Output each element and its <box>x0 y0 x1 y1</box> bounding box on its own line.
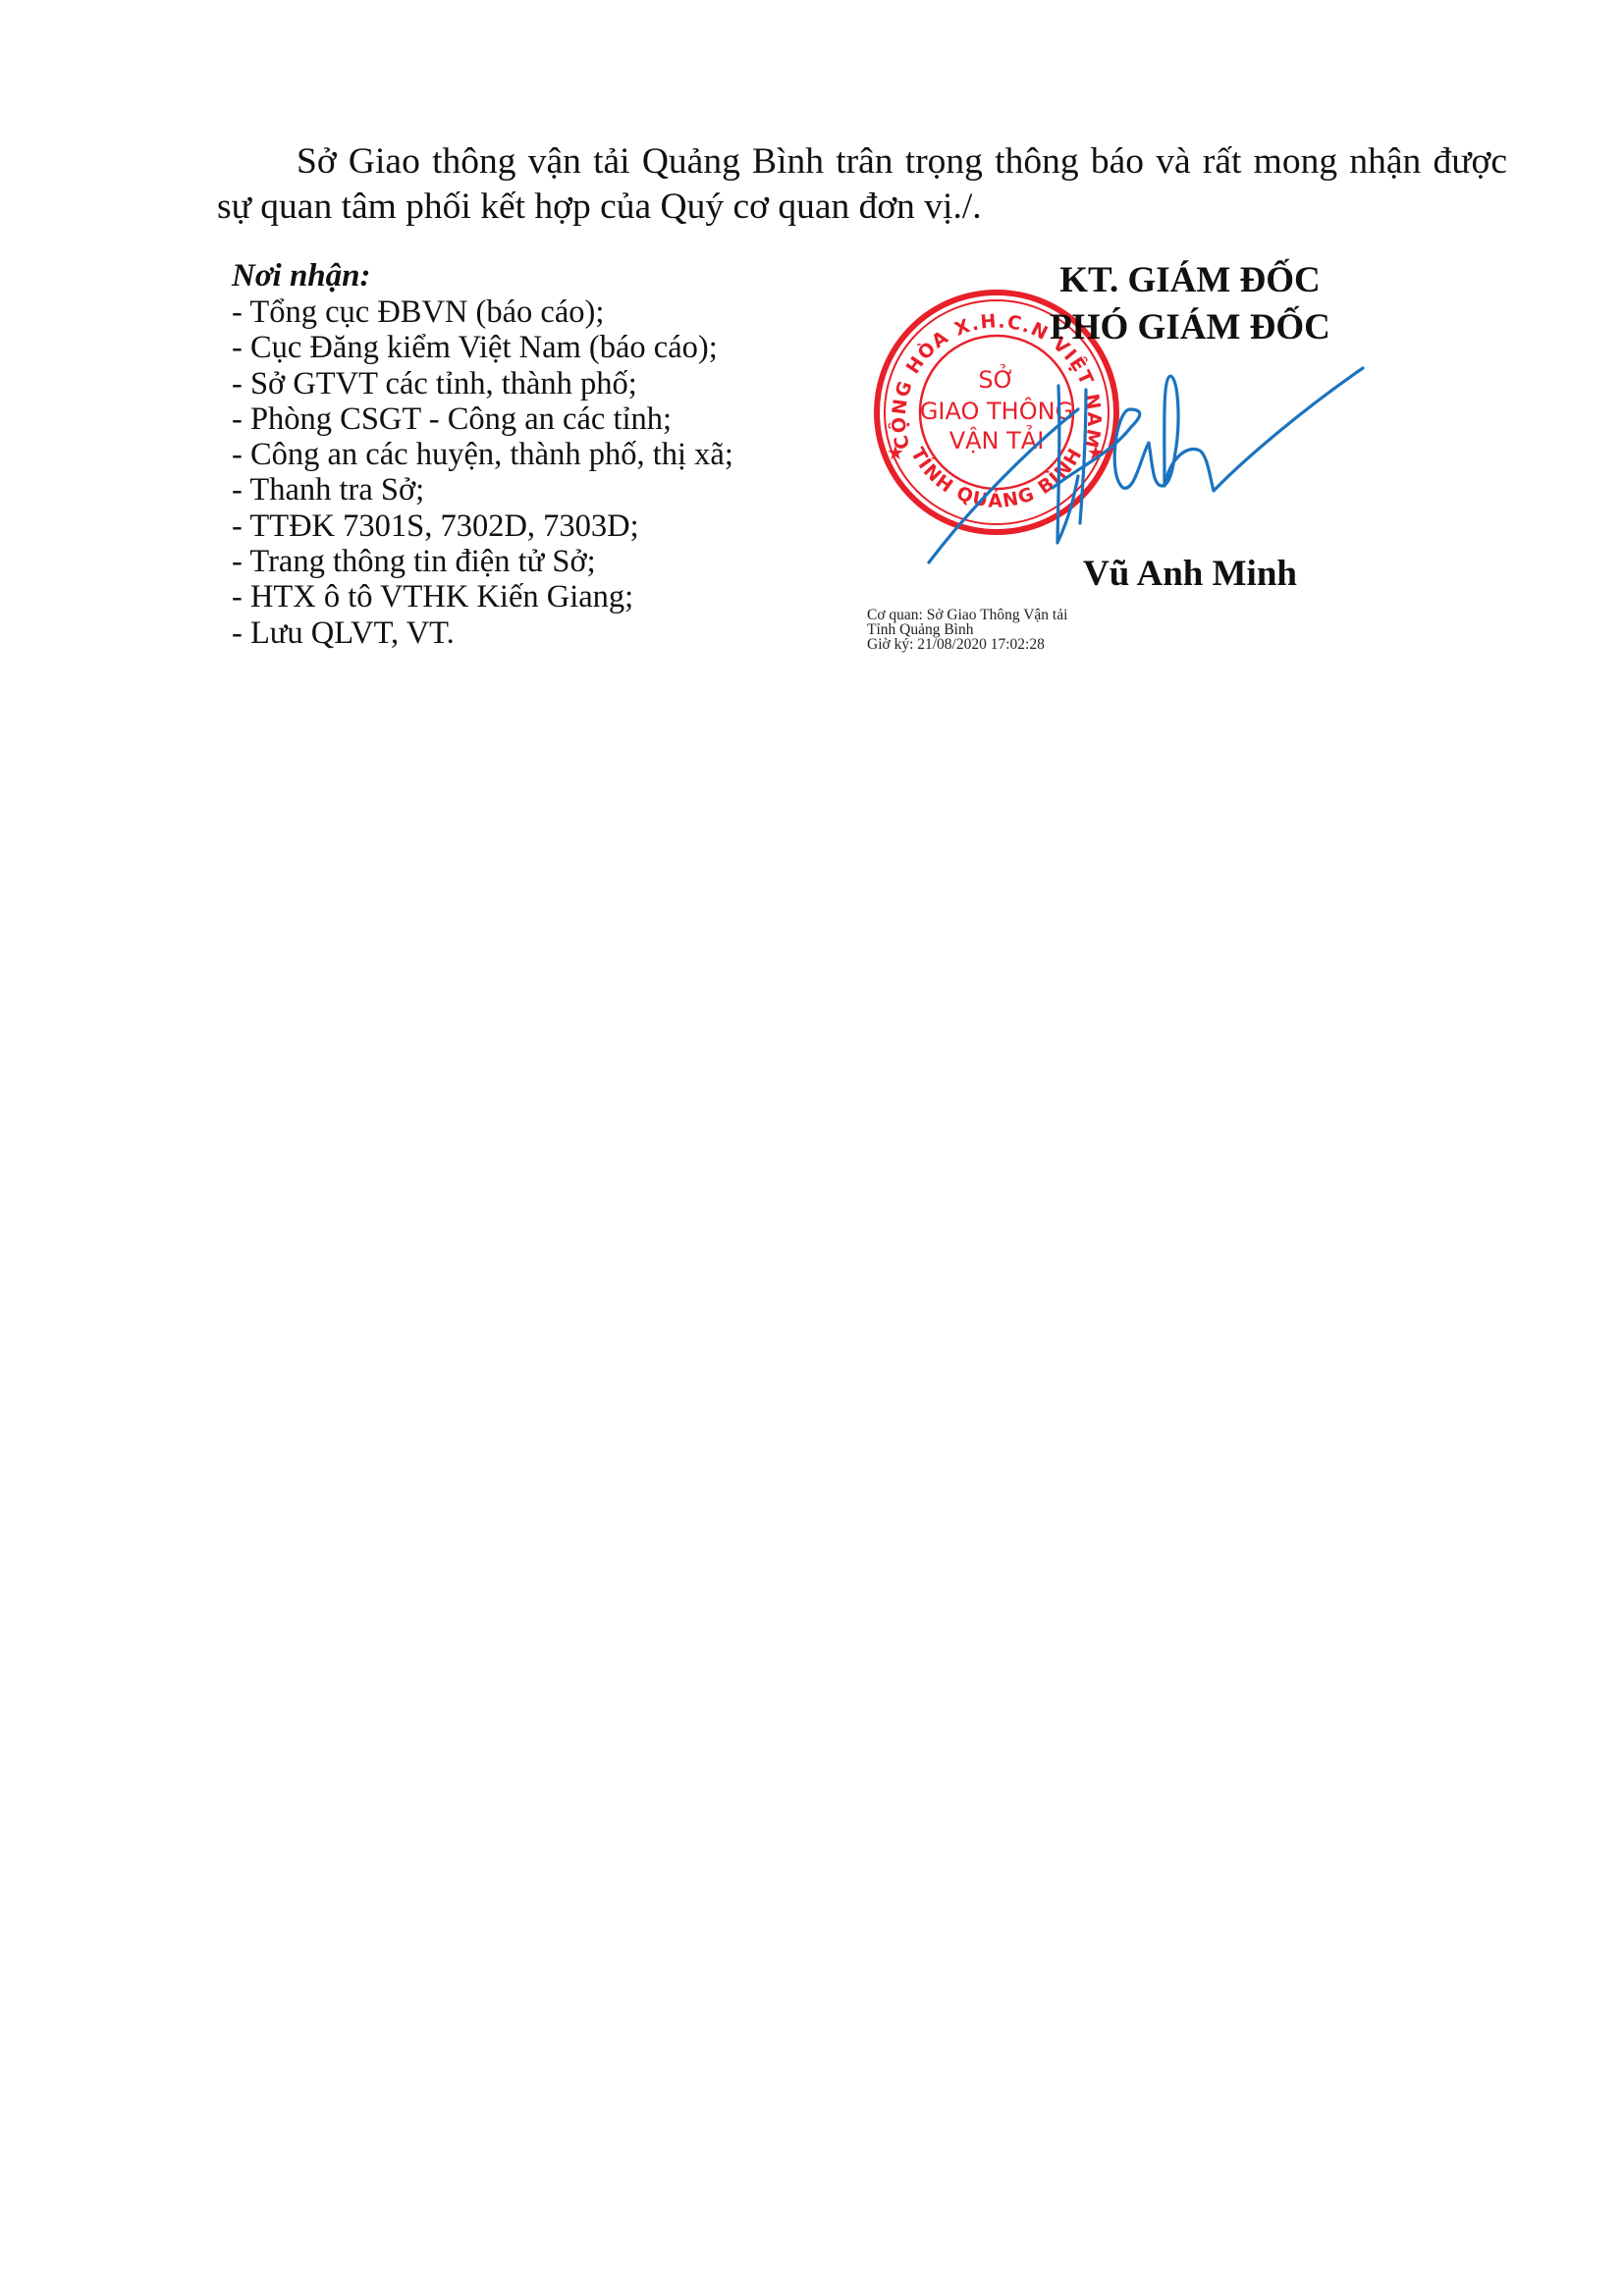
closing-paragraph: Sở Giao thông vận tải Quảng Bình trân tr… <box>217 139 1507 230</box>
closing-paragraph-line-2: sự quan tâm phối kết hợp của Quý cơ quan… <box>217 185 1507 230</box>
closing-paragraph-line-1: Sở Giao thông vận tải Quảng Bình trân tr… <box>217 139 1507 185</box>
recipient-item: - TTĐK 7301S, 7302D, 7303D; <box>232 508 733 544</box>
recipient-item: - HTX ô tô VTHK Kiến Giang; <box>232 579 733 614</box>
digital-signature-agency: Cơ quan: Sở Giao Thông Vận tải <box>867 608 1067 622</box>
recipient-item: - Sở GTVT các tỉnh, thành phố; <box>232 366 733 401</box>
svg-text:★: ★ <box>887 441 904 464</box>
digital-signature-time: Giờ ký: 21/08/2020 17:02:28 <box>867 637 1067 652</box>
recipient-item: - Tổng cục ĐBVN (báo cáo); <box>232 294 733 330</box>
recipient-item: - Thanh tra Sở; <box>232 472 733 507</box>
recipient-item: - Phòng CSGT - Công an các tỉnh; <box>232 401 733 437</box>
recipients-list: Nơi nhận: - Tổng cục ĐBVN (báo cáo); - C… <box>232 257 733 651</box>
recipient-item: - Cục Đăng kiểm Việt Nam (báo cáo); <box>232 330 733 365</box>
digital-signature-info: Cơ quan: Sở Giao Thông Vận tải Tỉnh Quản… <box>867 608 1067 652</box>
digital-signature-province: Tỉnh Quảng Bình <box>867 622 1067 637</box>
recipient-item: - Trang thông tin điện tử Sở; <box>232 544 733 579</box>
recipient-item: - Lưu QLVT, VT. <box>232 615 733 651</box>
recipients-heading: Nơi nhận: <box>232 257 733 294</box>
handwritten-signature-icon <box>913 348 1384 584</box>
recipient-item: - Công an các huyện, thành phố, thị xã; <box>232 437 733 472</box>
